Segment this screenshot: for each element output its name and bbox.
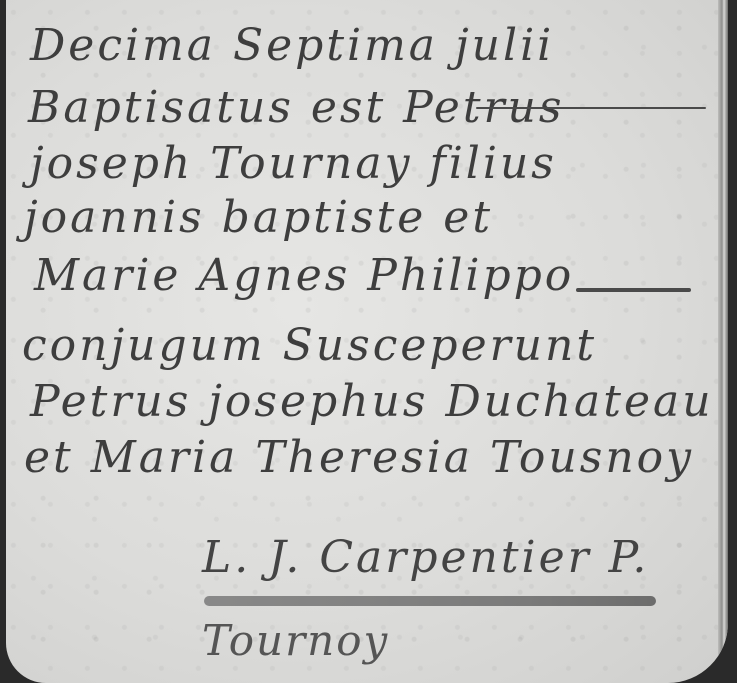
entry-line-mother: Marie Agnes Philippo xyxy=(34,250,574,301)
entry-line-date: Decima Septima julii xyxy=(30,20,554,71)
entry-line-godfather: Petrus josephus Duchateau xyxy=(30,376,714,427)
line-flourish xyxy=(576,288,691,292)
priest-signature: L. J. Carpentier P. xyxy=(202,532,649,583)
entry-line-godmother: et Maria Theresia Tousnoy xyxy=(24,432,694,483)
line-flourish xyxy=(476,107,706,109)
entry-line-child-name: joseph Tournay filius xyxy=(30,138,557,189)
entry-line-father: joannis baptiste et xyxy=(24,192,493,243)
signature-underline xyxy=(204,596,656,606)
entry-line-godparents-intro: conjugum Susceperunt xyxy=(22,320,597,371)
register-page: Decima Septima julii Baptisatus est Petr… xyxy=(6,0,728,683)
bottom-signature: Tournoy xyxy=(202,616,389,665)
page-edge xyxy=(718,0,728,683)
